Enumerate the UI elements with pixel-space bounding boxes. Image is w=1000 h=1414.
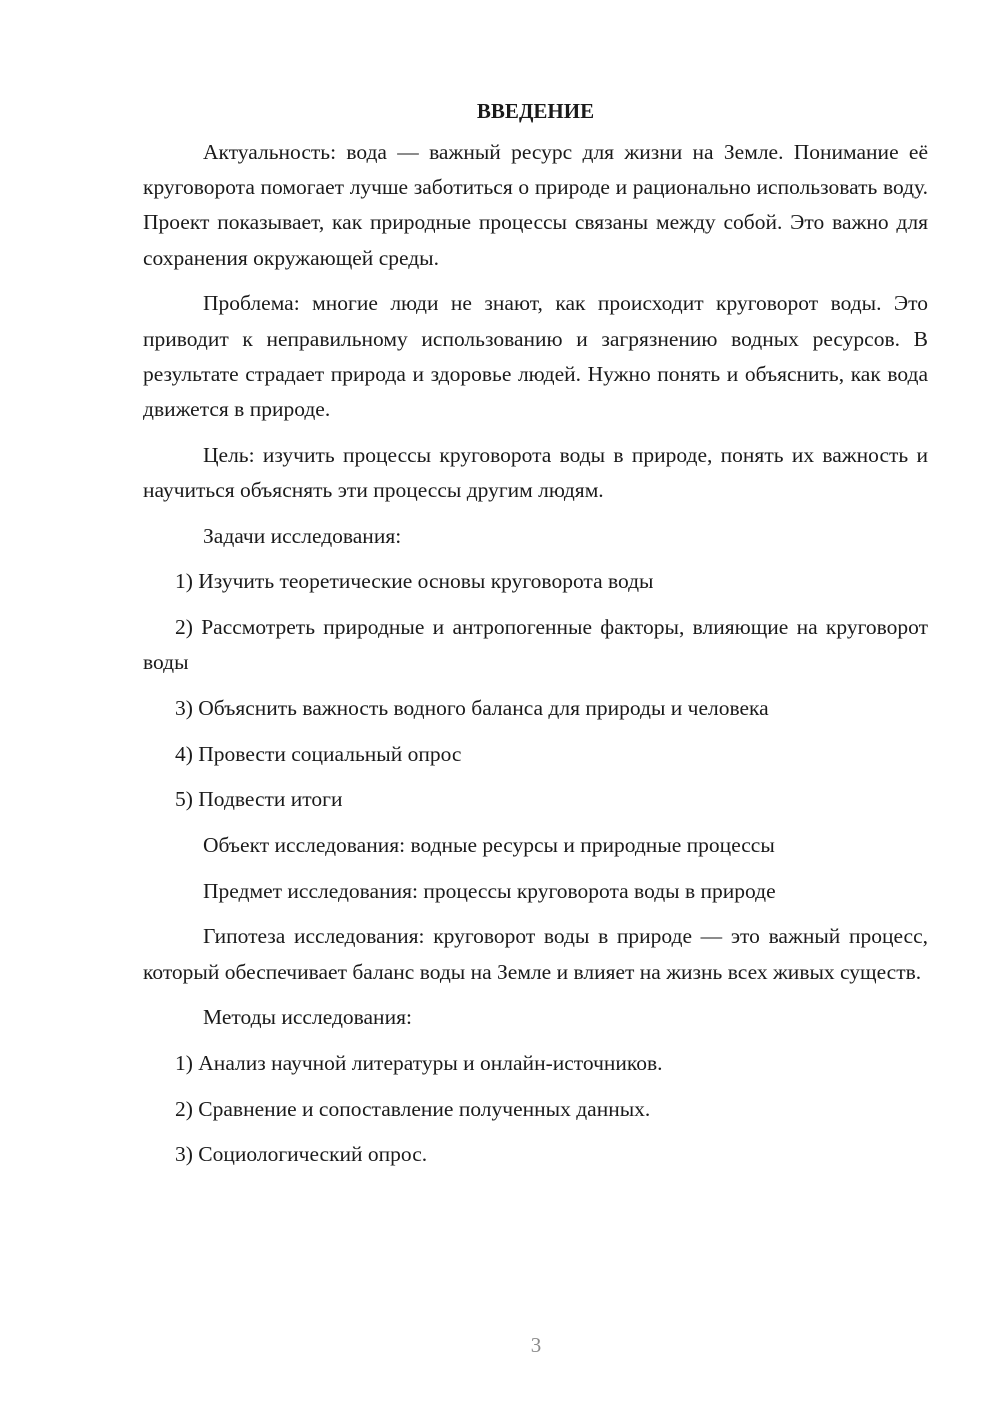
methods-list: 1) Анализ научной литературы и онлайн-ис… xyxy=(143,1046,928,1173)
document-page: ВВЕДЕНИЕ Актуальность: вода — важный рес… xyxy=(143,96,928,1183)
goal-paragraph: Цель: изучить процессы круговорота воды … xyxy=(143,438,928,508)
method-item: 2) Сравнение и сопоставление полученных … xyxy=(143,1092,928,1127)
task-item: 5) Подвести итоги xyxy=(143,782,928,817)
task-item: 2) Рассмотреть природные и антропогенные… xyxy=(143,610,928,680)
object-paragraph: Объект исследования: водные ресурсы и пр… xyxy=(143,828,928,863)
task-item: 4) Провести социальный опрос xyxy=(143,737,928,772)
problem-paragraph: Проблема: многие люди не знают, как прои… xyxy=(143,286,928,427)
tasks-heading: Задачи исследования: xyxy=(143,519,928,554)
page-number: 3 xyxy=(0,1333,1000,1358)
method-item: 3) Социологический опрос. xyxy=(143,1137,928,1172)
method-item: 1) Анализ научной литературы и онлайн-ис… xyxy=(143,1046,928,1081)
task-item: 3) Объяснить важность водного баланса дл… xyxy=(143,691,928,726)
relevance-paragraph: Актуальность: вода — важный ресурс для ж… xyxy=(143,135,928,276)
task-item: 1) Изучить теоретические основы круговор… xyxy=(143,564,928,599)
tasks-list: 1) Изучить теоретические основы круговор… xyxy=(143,564,928,817)
hypothesis-paragraph: Гипотеза исследования: круговорот воды в… xyxy=(143,919,928,989)
subject-paragraph: Предмет исследования: процессы круговоро… xyxy=(143,874,928,909)
section-title: ВВЕДЕНИЕ xyxy=(143,96,928,126)
methods-heading: Методы исследования: xyxy=(143,1000,928,1035)
